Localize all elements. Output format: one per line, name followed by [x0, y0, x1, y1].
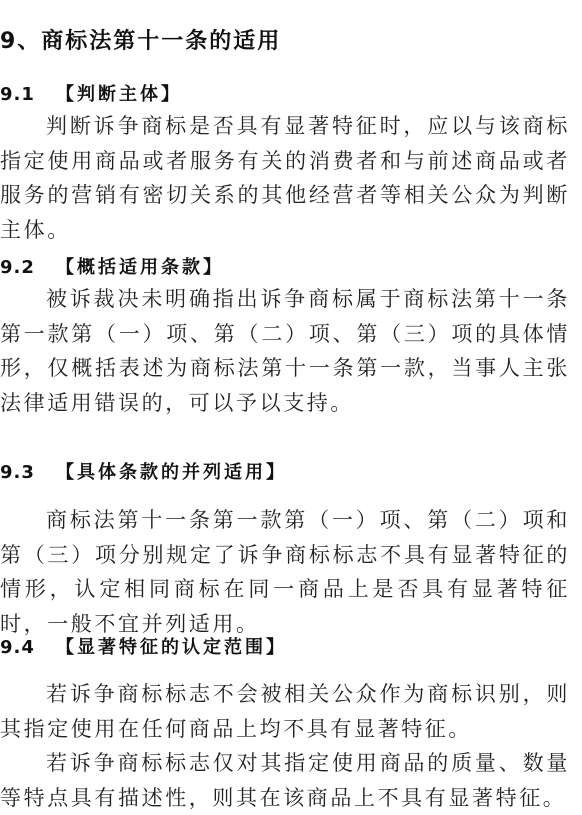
section-heading-9-3: 9.3【具体条款的并列适用】 — [0, 458, 287, 484]
section-label: 【判断主体】 — [56, 84, 182, 105]
section-heading-9-2: 9.2【概括适用条款】 — [0, 253, 224, 279]
section-number: 9.2 — [0, 257, 56, 278]
section-9-1-paragraph: 判断诉争商标是否具有显著特征时，应以与该商标指定使用商品或者服务有关的消费者和与… — [0, 109, 570, 247]
section-number: 9.4 — [0, 637, 56, 658]
section-heading-9-1: 9.1【判断主体】 — [0, 80, 182, 106]
section-number: 9.1 — [0, 84, 56, 105]
document-title: 9、商标法第十一条的适用 — [0, 24, 281, 55]
section-9-3-paragraph: 商标法第十一条第一款第（一）项、第（二）项和第（三）项分别规定了诉争商标标志不具… — [0, 503, 570, 641]
section-9-4-paragraph-2: 若诉争商标标志仅对其指定使用商品的质量、数量等特点具有描述性，则其在该商品上不具… — [0, 746, 570, 815]
section-label: 【具体条款的并列适用】 — [56, 462, 287, 483]
document-page: 9、商标法第十一条的适用 9.1【判断主体】 判断诉争商标是否具有显著特征时，应… — [0, 0, 582, 815]
section-9-4-paragraph-1: 若诉争商标标志不会被相关公众作为商标识别，则其指定使用在任何商品上均不具有显著特… — [0, 677, 570, 746]
section-label: 【显著特征的认定范围】 — [56, 637, 287, 658]
section-label: 【概括适用条款】 — [56, 257, 224, 278]
section-heading-9-4: 9.4【显著特征的认定范围】 — [0, 633, 287, 659]
section-number: 9.3 — [0, 462, 56, 483]
section-9-2-paragraph: 被诉裁决未明确指出诉争商标属于商标法第十一条第一款第（一）项、第（二）项、第（三… — [0, 282, 570, 420]
